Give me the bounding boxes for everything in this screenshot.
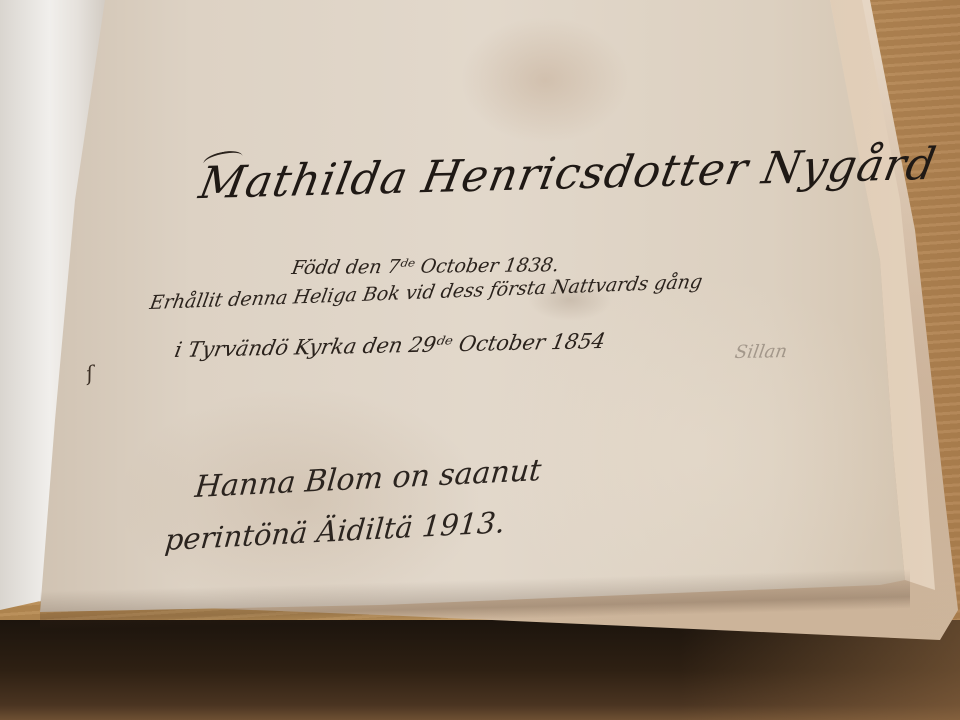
photo-scene: Mathilda Henricsdotter Nygård Född den 7… [0,0,960,720]
birth-line: Född den 7ᵈᵉ October 1838. [290,254,561,279]
book-shadow [0,620,960,720]
faded-annotation: Sillan [733,341,788,363]
